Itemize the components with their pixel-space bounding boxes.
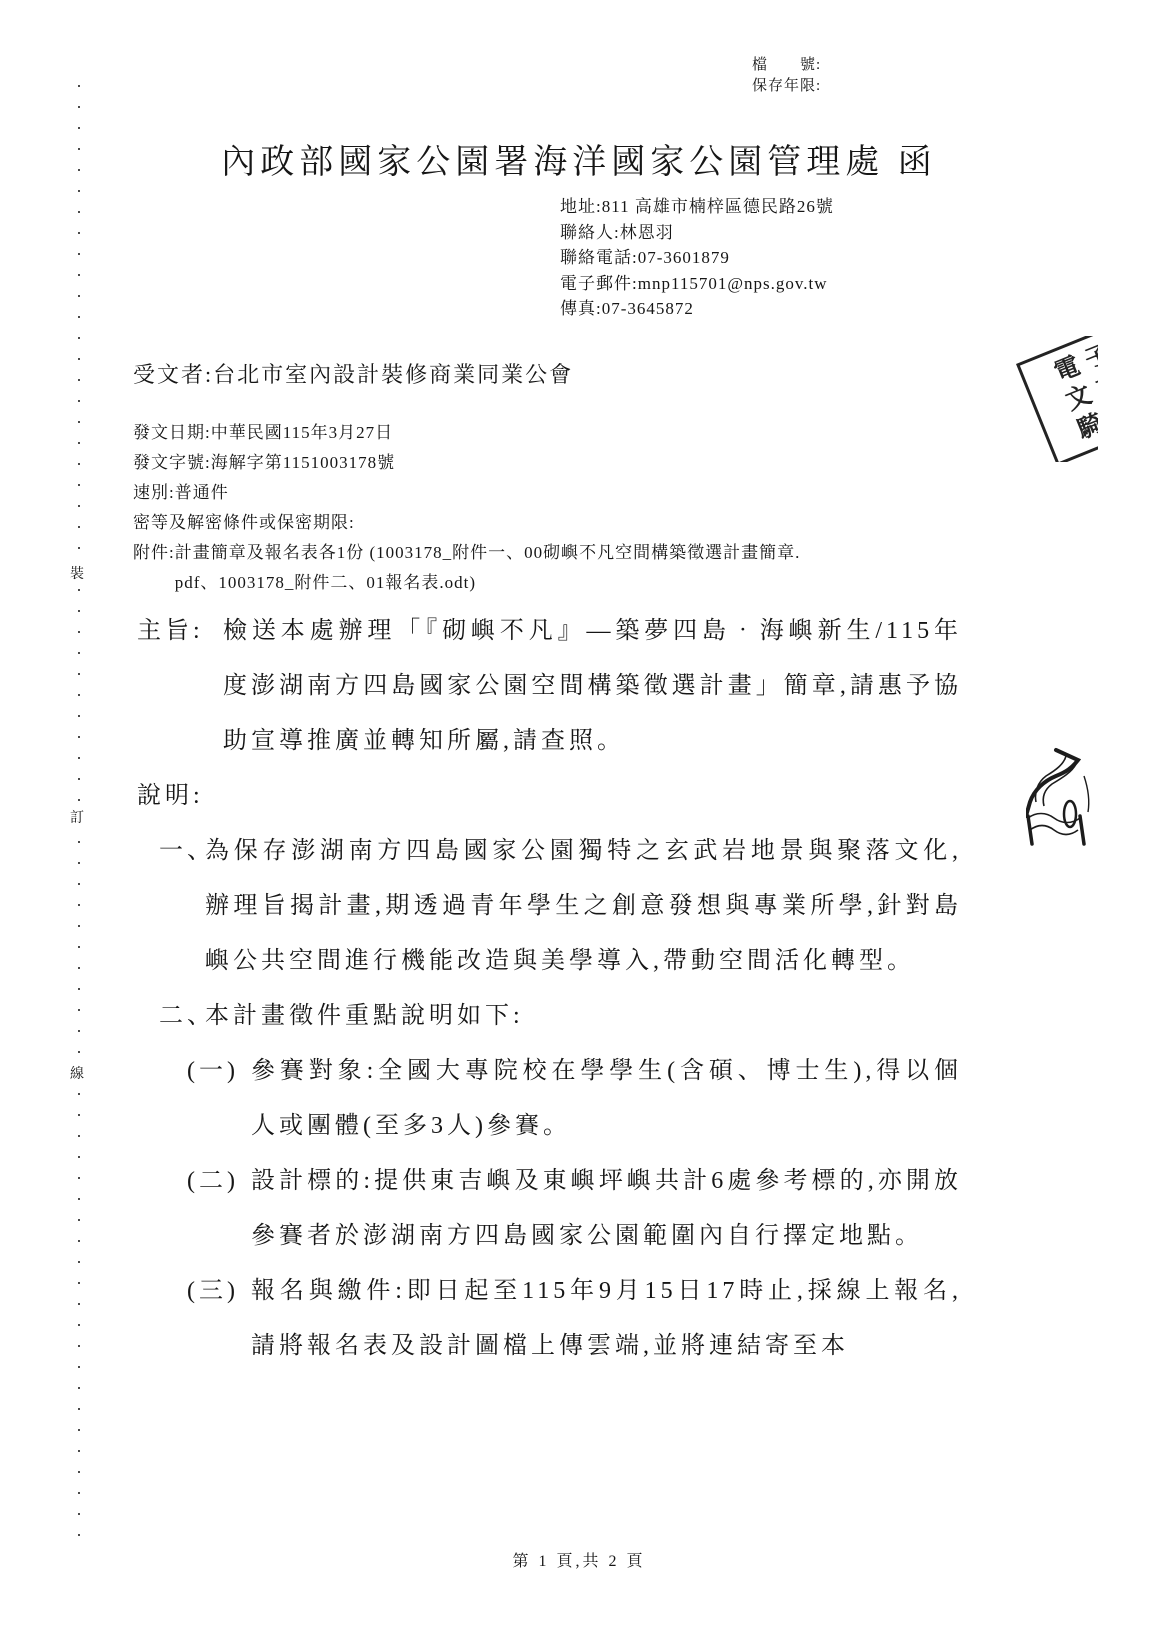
subitem-3: (三) 報名與繳件:即日起至115年9月15日17時止,採線上報名,請將報名表及… — [187, 1264, 962, 1374]
subitem-1-marker: (一) — [187, 1044, 251, 1154]
subitem-2-text: 設計標的:提供東吉嶼及東嶼坪嶼共計6處參考標的,亦開放參賽者於澎湖南方四島國家公… — [251, 1154, 962, 1264]
subject-text: 檢送本處辦理「『砌嶼不凡』—築夢四島‧海嶼新生/115年度澎湖南方四島國家公園空… — [223, 604, 962, 769]
explanation-label: 說明: — [137, 769, 962, 824]
subitem-3-marker: (三) — [187, 1264, 251, 1374]
sender-fax: 傳真:07-3645872 — [560, 296, 834, 322]
official-letter-page: 裝 訂 線 檔 號: 保存年限: 內政部國家公園署海洋國家公園管理處 函 地址:… — [0, 0, 1158, 1649]
item-2-marker: 二、 — [159, 989, 205, 1044]
attachment-line: 附件: 計畫簡章及報名表各1份 (1003178_附件一、00砌嶼不凡空間構築徵… — [133, 538, 1023, 598]
sender-contact-person: 聯絡人:林恩羽 — [560, 220, 834, 246]
explanation-item-1: 一、 為保存澎湖南方四島國家公園獨特之玄武岩地景與聚落文化,辦理旨揭計畫,期透過… — [159, 824, 962, 989]
sender-email: 電子郵件:mnp115701@nps.gov.tw — [560, 271, 834, 297]
doc-number-line: 發文字號:海解字第1151003178號 — [133, 448, 1023, 478]
attachment-label: 附件: — [133, 538, 175, 598]
subitem-3-text: 報名與繳件:即日起至115年9月15日17時止,採線上報名,請將報名表及設計圖檔… — [251, 1264, 962, 1374]
binding-mark-ding: 訂 — [70, 804, 84, 830]
item-1-text: 為保存澎湖南方四島國家公園獨特之玄武岩地景與聚落文化,辦理旨揭計畫,期透過青年學… — [205, 824, 962, 989]
binding-mark-zhuang: 裝 — [70, 560, 84, 586]
priority-line: 速別:普通件 — [133, 478, 1023, 508]
partial-seal-stamp — [1026, 746, 1094, 853]
item-2-text: 本計畫徵件重點說明如下: — [205, 989, 962, 1044]
subitem-1: (一) 參賽對象:全國大專院校在學學生(含碩、博士生),得以個人或團體(至多3人… — [187, 1044, 962, 1154]
electronic-exchange-stamp-box: 電子 文交 騎縫 — [1016, 336, 1098, 462]
subitem-2-marker: (二) — [187, 1154, 251, 1264]
attachment-filename-part2: pdf、1003178_附件二、01報名表.odt) — [175, 568, 1023, 598]
archive-label-block: 檔 號: 保存年限: — [752, 55, 821, 97]
subitem-1-text: 參賽對象:全國大專院校在學學生(含碩、博士生),得以個人或團體(至多3人)參賽。 — [251, 1044, 962, 1154]
binding-mark-xian: 線 — [70, 1060, 84, 1086]
issue-date-line: 發文日期:中華民國115年3月27日 — [133, 418, 1023, 448]
item-1-marker: 一、 — [159, 824, 205, 989]
retention-period-label: 保存年限: — [752, 76, 821, 97]
document-meta-block: 發文日期:中華民國115年3月27日 發文字號:海解字第1151003178號 … — [133, 418, 1023, 598]
subitem-2: (二) 設計標的:提供東吉嶼及東嶼坪嶼共計6處參考標的,亦開放參賽者於澎湖南方四… — [187, 1154, 962, 1264]
file-number-label: 檔 號: — [752, 55, 821, 76]
recipient-line: 受文者:台北市室內設計裝修商業同業公會 — [133, 358, 573, 389]
sender-phone: 聯絡電話:07-3601879 — [560, 245, 834, 271]
attachment-filename-part1: 計畫簡章及報名表各1份 (1003178_附件一、00砌嶼不凡空間構築徵選計畫簡… — [175, 538, 1023, 568]
page-number-footer: 第 1 頁,共 2 頁 — [0, 1548, 1158, 1571]
security-line: 密等及解密條件或保密期限: — [133, 508, 1023, 538]
sender-address: 地址:811 高雄市楠梓區德民路26號 — [560, 194, 834, 220]
document-title: 內政部國家公園署海洋國家公園管理處 函 — [0, 134, 1158, 183]
explanation-item-2: 二、 本計畫徵件重點說明如下: — [159, 989, 962, 1044]
subject-section: 主旨: 檢送本處辦理「『砌嶼不凡』—築夢四島‧海嶼新生/115年度澎湖南方四島國… — [137, 604, 962, 769]
sender-contact-block: 地址:811 高雄市楠梓區德民路26號 聯絡人:林恩羽 聯絡電話:07-3601… — [560, 194, 834, 322]
electronic-exchange-stamp: 電子 文交 騎縫 — [1006, 336, 1098, 462]
subject-label: 主旨: — [137, 604, 223, 769]
letter-body: 主旨: 檢送本處辦理「『砌嶼不凡』—築夢四島‧海嶼新生/115年度澎湖南方四島國… — [137, 604, 962, 1374]
attachment-filenames: 計畫簡章及報名表各1份 (1003178_附件一、00砌嶼不凡空間構築徵選計畫簡… — [175, 538, 1023, 598]
